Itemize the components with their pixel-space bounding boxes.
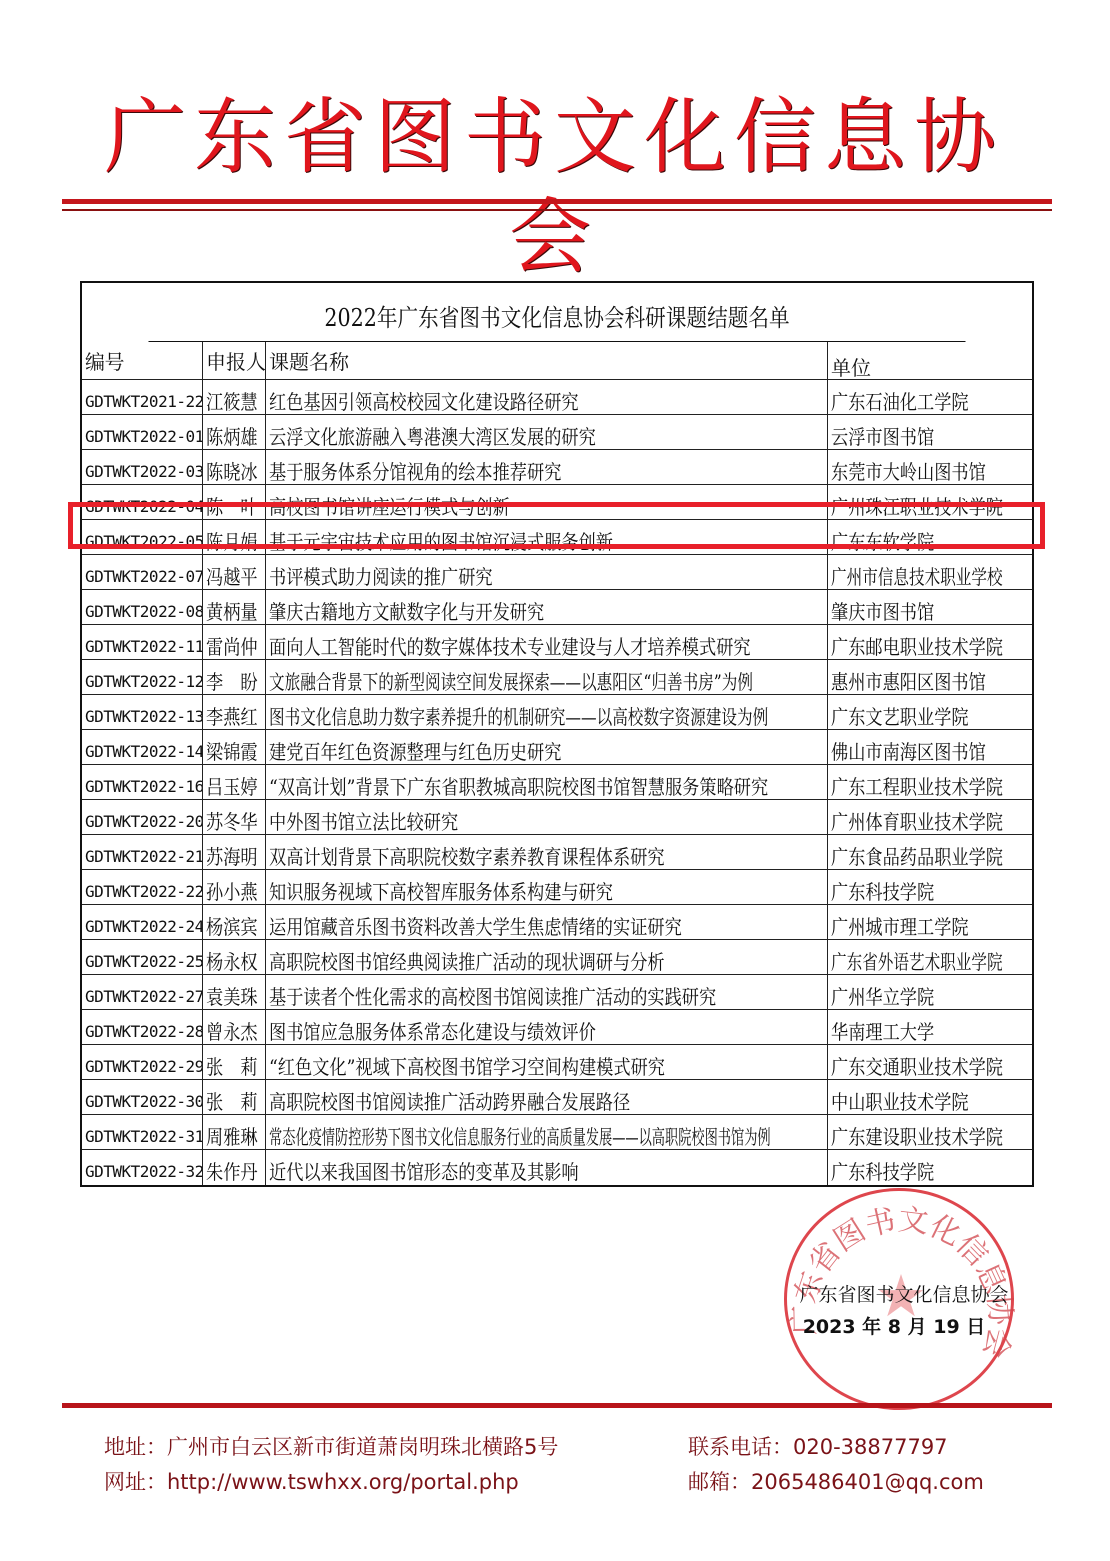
cell-topic: “双高计划”背景下广东省职教城高职院校图书馆智慧服务策略研究	[266, 765, 828, 799]
footer-email[interactable]: 邮箱：2065486401@qq.com	[688, 1466, 984, 1496]
cell-id: GDTWKT2022-20	[82, 800, 203, 834]
footer-address: 地址：广州市白云区新市街道萧岗明珠北横路5号	[104, 1431, 558, 1461]
cell-applicant: 苏海明	[203, 835, 266, 869]
cell-topic: 文旅融合背景下的新型阅读空间发展探索——以惠阳区“归善书房”为例	[266, 660, 828, 694]
table-row: GDTWKT2022-11雷尚仲面向人工智能时代的数字媒体技术专业建设与人才培养…	[82, 625, 1032, 660]
cell-applicant: 冯越平	[203, 555, 266, 589]
cell-id: GDTWKT2022-22	[82, 870, 203, 904]
cell-id: GDTWKT2022-12	[82, 660, 203, 694]
cell-topic: “红色文化”视域下高校图书馆学习空间构建模式研究	[266, 1045, 828, 1079]
cell-id: GDTWKT2021-22	[82, 380, 203, 414]
signature-org: 广东省图书文化信息协会	[764, 1280, 1044, 1307]
table-row: GDTWKT2022-13李燕红图书文化信息助力数字素养提升的机制研究——以高校…	[82, 695, 1032, 730]
table-row: GDTWKT2021-22江筱慧红色基因引领高校校园文化建设路径研究广东石油化工…	[82, 380, 1032, 415]
cell-unit: 广州华立学院	[828, 975, 1032, 1009]
table-row: GDTWKT2022-31周雅琳常态化疫情防控形势下图书文化信息服务行业的高质量…	[82, 1115, 1032, 1150]
cell-unit: 中山职业技术学院	[828, 1080, 1032, 1114]
cell-unit: 广东科技学院	[828, 1150, 1032, 1185]
cell-id: GDTWKT2022-31	[82, 1115, 203, 1149]
cell-applicant: 朱作丹	[203, 1150, 266, 1185]
cell-unit: 广东食品药品职业学院	[828, 835, 1032, 869]
table-row: GDTWKT2022-16吕玉婷“双高计划”背景下广东省职教城高职院校图书馆智慧…	[82, 765, 1032, 800]
project-table: 2022年广东省图书文化信息协会科研课题结题名单 编号 申报人 课题名称 单位 …	[80, 281, 1034, 1187]
cell-id: GDTWKT2022-27	[82, 975, 203, 1009]
cell-applicant: 陈晓冰	[203, 450, 266, 484]
table-row: GDTWKT2022-27袁美珠基于读者个性化需求的高校图书馆阅读推广活动的实践…	[82, 975, 1032, 1010]
cell-unit: 广东石油化工学院	[828, 380, 1032, 414]
cell-topic: 图书馆应急服务体系常态化建设与绩效评价	[266, 1010, 828, 1044]
table-row: GDTWKT2022-07冯越平书评模式助力阅读的推广研究广州市信息技术职业学校	[82, 555, 1032, 590]
cell-applicant: 杨永权	[203, 940, 266, 974]
cell-unit: 东莞市大岭山图书馆	[828, 450, 1032, 484]
footer-phone: 联系电话：020-38877797	[688, 1431, 948, 1461]
letterhead-rule-thin	[62, 209, 1052, 211]
signature-date: 2023 年 8 月 19 日	[764, 1312, 1024, 1339]
column-header-id: 编号	[82, 342, 203, 379]
cell-id: GDTWKT2022-07	[82, 555, 203, 589]
cell-id: GDTWKT2022-14	[82, 730, 203, 764]
cell-unit: 广州体育职业技术学院	[828, 800, 1032, 834]
footer-website[interactable]: 网址：http://www.tswhxx.org/portal.php	[104, 1466, 519, 1496]
cell-id: GDTWKT2022-28	[82, 1010, 203, 1044]
cell-id: GDTWKT2022-25	[82, 940, 203, 974]
table-title: 2022年广东省图书文化信息协会科研课题结题名单	[149, 283, 966, 342]
cell-unit: 惠州市惠阳区图书馆	[828, 660, 1032, 694]
cell-applicant: 黄柄量	[203, 590, 266, 624]
cell-topic: 书评模式助力阅读的推广研究	[266, 555, 828, 589]
cell-applicant: 吕玉婷	[203, 765, 266, 799]
cell-applicant: 江筱慧	[203, 380, 266, 414]
cell-id: GDTWKT2022-11	[82, 625, 203, 659]
cell-topic: 图书文化信息助力数字素养提升的机制研究——以高校数字资源建设为例	[266, 695, 828, 729]
cell-unit: 广东文艺职业学院	[828, 695, 1032, 729]
cell-unit: 佛山市南海区图书馆	[828, 730, 1032, 764]
cell-id: GDTWKT2022-08	[82, 590, 203, 624]
cell-topic: 常态化疫情防控形势下图书文化信息服务行业的高质量发展——以高职院校图书馆为例	[266, 1115, 828, 1149]
cell-applicant: 杨滨宾	[203, 905, 266, 939]
cell-topic: 高职院校图书馆经典阅读推广活动的现状调研与分析	[266, 940, 828, 974]
cell-topic: 肇庆古籍地方文献数字化与开发研究	[266, 590, 828, 624]
cell-applicant: 陈炳雄	[203, 415, 266, 449]
cell-unit: 广东省外语艺术职业学院	[828, 940, 1032, 974]
table-row: GDTWKT2022-25杨永权高职院校图书馆经典阅读推广活动的现状调研与分析广…	[82, 940, 1032, 975]
cell-id: GDTWKT2022-21	[82, 835, 203, 869]
letterhead-rule-thick	[62, 199, 1052, 204]
cell-topic: 知识服务视域下高校智库服务体系构建与研究	[266, 870, 828, 904]
cell-id: GDTWKT2022-01	[82, 415, 203, 449]
cell-unit: 广州市信息技术职业学校	[828, 555, 1032, 589]
letterhead-org-name: 广东省图书文化信息协会	[64, 88, 1044, 288]
table-row: GDTWKT2022-03陈晓冰基于服务体系分馆视角的绘本推荐研究东莞市大岭山图…	[82, 450, 1032, 485]
cell-id: GDTWKT2022-16	[82, 765, 203, 799]
table-row: GDTWKT2022-22孙小燕知识服务视域下高校智库服务体系构建与研究广东科技…	[82, 870, 1032, 905]
table-row: GDTWKT2022-05陈月娟基于元宇宙技术应用的图书馆沉浸式服务创新广东东软…	[82, 520, 1032, 555]
table-row: GDTWKT2022-21苏海明双高计划背景下高职院校数字素养教育课程体系研究广…	[82, 835, 1032, 870]
column-header-applicant: 申报人	[203, 342, 266, 379]
cell-applicant: 李 盼	[203, 660, 266, 694]
column-header-topic: 课题名称	[266, 342, 828, 379]
cell-unit: 云浮市图书馆	[828, 415, 1032, 449]
cell-unit: 广东工程职业技术学院	[828, 765, 1032, 799]
table-header-row: 编号 申报人 课题名称 单位	[82, 342, 1032, 380]
cell-id: GDTWKT2022-29	[82, 1045, 203, 1079]
cell-id: GDTWKT2022-24	[82, 905, 203, 939]
cell-id: GDTWKT2022-05	[82, 520, 203, 554]
cell-topic: 建党百年红色资源整理与红色历史研究	[266, 730, 828, 764]
table-row: GDTWKT2022-30张 莉高职院校图书馆阅读推广活动跨界融合发展路径中山职…	[82, 1080, 1032, 1115]
table-row: GDTWKT2022-12李 盼文旅融合背景下的新型阅读空间发展探索——以惠阳区…	[82, 660, 1032, 695]
table-row: GDTWKT2022-20苏冬华中外图书馆立法比较研究广州体育职业技术学院	[82, 800, 1032, 835]
cell-applicant: 陈 叶	[203, 485, 266, 519]
cell-topic: 基于读者个性化需求的高校图书馆阅读推广活动的实践研究	[266, 975, 828, 1009]
cell-applicant: 孙小燕	[203, 870, 266, 904]
cell-unit: 广东科技学院	[828, 870, 1032, 904]
cell-unit: 广东交通职业技术学院	[828, 1045, 1032, 1079]
column-header-unit: 单位	[828, 342, 1032, 379]
cell-topic: 高校图书馆讲座运行模式与创新	[266, 485, 828, 519]
cell-applicant: 陈月娟	[203, 520, 266, 554]
table-row: GDTWKT2022-04陈 叶高校图书馆讲座运行模式与创新广州珠江职业技术学院	[82, 485, 1032, 520]
cell-topic: 高职院校图书馆阅读推广活动跨界融合发展路径	[266, 1080, 828, 1114]
cell-id: GDTWKT2022-30	[82, 1080, 203, 1114]
cell-topic: 面向人工智能时代的数字媒体技术专业建设与人才培养模式研究	[266, 625, 828, 659]
table-row: GDTWKT2022-24杨滨宾运用馆藏音乐图书资料改善大学生焦虑情绪的实证研究…	[82, 905, 1032, 940]
cell-topic: 基于元宇宙技术应用的图书馆沉浸式服务创新	[266, 520, 828, 554]
cell-applicant: 苏冬华	[203, 800, 266, 834]
cell-topic: 基于服务体系分馆视角的绘本推荐研究	[266, 450, 828, 484]
table-row: GDTWKT2022-01陈炳雄云浮文化旅游融入粤港澳大湾区发展的研究云浮市图书…	[82, 415, 1032, 450]
table-row: GDTWKT2022-29张 莉“红色文化”视域下高校图书馆学习空间构建模式研究…	[82, 1045, 1032, 1080]
cell-unit: 广东建设职业技术学院	[828, 1115, 1032, 1149]
cell-topic: 双高计划背景下高职院校数字素养教育课程体系研究	[266, 835, 828, 869]
cell-id: GDTWKT2022-04	[82, 485, 203, 519]
cell-topic: 云浮文化旅游融入粤港澳大湾区发展的研究	[266, 415, 828, 449]
cell-topic: 中外图书馆立法比较研究	[266, 800, 828, 834]
table-row: GDTWKT2022-14梁锦霞建党百年红色资源整理与红色历史研究佛山市南海区图…	[82, 730, 1032, 765]
table-row: GDTWKT2022-32朱作丹近代以来我国图书馆形态的变革及其影响广东科技学院	[82, 1150, 1032, 1185]
cell-topic: 红色基因引领高校校园文化建设路径研究	[266, 380, 828, 414]
cell-topic: 运用馆藏音乐图书资料改善大学生焦虑情绪的实证研究	[266, 905, 828, 939]
cell-unit: 广州城市理工学院	[828, 905, 1032, 939]
cell-unit: 广州珠江职业技术学院	[828, 485, 1032, 519]
cell-id: GDTWKT2022-13	[82, 695, 203, 729]
cell-unit: 肇庆市图书馆	[828, 590, 1032, 624]
cell-applicant: 李燕红	[203, 695, 266, 729]
table-row: GDTWKT2022-28曾永杰图书馆应急服务体系常态化建设与绩效评价华南理工大…	[82, 1010, 1032, 1045]
footer-rule	[62, 1403, 1052, 1408]
cell-id: GDTWKT2022-32	[82, 1150, 203, 1185]
cell-applicant: 袁美珠	[203, 975, 266, 1009]
table-row: GDTWKT2022-08黄柄量肇庆古籍地方文献数字化与开发研究肇庆市图书馆	[82, 590, 1032, 625]
cell-applicant: 雷尚仲	[203, 625, 266, 659]
cell-applicant: 曾永杰	[203, 1010, 266, 1044]
cell-id: GDTWKT2022-03	[82, 450, 203, 484]
cell-applicant: 张 莉	[203, 1045, 266, 1079]
cell-unit: 华南理工大学	[828, 1010, 1032, 1044]
cell-applicant: 梁锦霞	[203, 730, 266, 764]
cell-applicant: 周雅琳	[203, 1115, 266, 1149]
cell-topic: 近代以来我国图书馆形态的变革及其影响	[266, 1150, 828, 1185]
cell-unit: 广东邮电职业技术学院	[828, 625, 1032, 659]
cell-unit: 广东东软学院	[828, 520, 1032, 554]
cell-applicant: 张 莉	[203, 1080, 266, 1114]
